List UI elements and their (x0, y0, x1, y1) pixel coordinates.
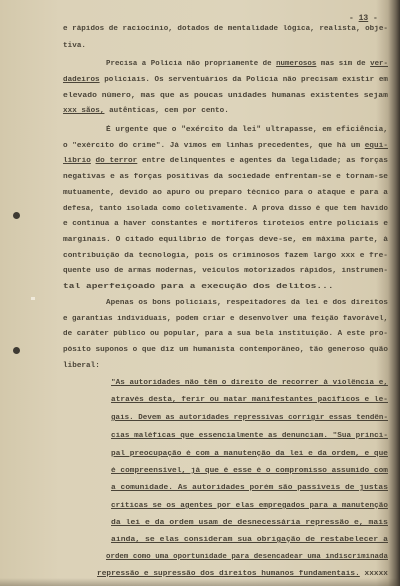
line-text: marginais. O citado equilíbrio de forças… (63, 236, 388, 244)
line-text: e garantias individuais, podem criar e d… (63, 315, 388, 323)
document-page: - 13 - e rápidos de raciocínio, dotados … (0, 0, 400, 586)
line-text: através desta, ferir ou matar manifestan… (111, 396, 388, 404)
text-line: Apenas os bons policiais, respeitadores … (106, 298, 388, 308)
text-line: defesa, tanto isolada como coletivamente… (63, 204, 388, 214)
text-line: críticas se os agentes por elas empregad… (111, 501, 388, 511)
text-line: e rápidos de raciocínio, dotados de ment… (63, 24, 388, 34)
page-number-value: 13 (359, 14, 369, 23)
line-text: "As autoridades não têm o direito de rec… (111, 379, 388, 387)
text-line: quente uso de armas modernas, veículos m… (63, 266, 388, 276)
line-text: contribuição da tecnologia, pois os crim… (63, 252, 388, 260)
text-line: da lei e da ordem usam de desnecessária … (111, 518, 388, 528)
text-line: negativas e as forças positivas da socie… (63, 172, 388, 182)
text-line: e garantias individuais, podem criar e d… (63, 314, 388, 324)
line-text: Apenas os bons policiais, respeitadores … (106, 299, 388, 307)
text-line: marginais. O citado equilíbrio de forças… (63, 235, 388, 245)
line-text: gais. Devem as autoridades repressivas c… (111, 414, 388, 422)
text-line: é compreensível, já que é esse é o compr… (111, 466, 388, 476)
line-text: É urgente que o "exército da lei" ultrap… (106, 126, 388, 134)
punch-hole-top (13, 212, 20, 219)
text-line: tiva. (63, 41, 86, 51)
line-text: ordem como uma oportunidade para desenca… (106, 553, 388, 561)
line-text: negativas e as forças positivas da socie… (63, 173, 388, 181)
text-line: de caráter público ou popular, para a su… (63, 329, 388, 339)
line-text: e rápidos de raciocínio, dotados de ment… (63, 25, 388, 33)
line-text: cias maléficas que essencialmente as den… (111, 432, 388, 440)
line-text: e continua a haver constantes e mortífer… (63, 220, 388, 228)
text-line: cias maléficas que essencialmente as den… (111, 431, 388, 441)
line-text: dadeiros policiais. Os serventuários da … (63, 76, 388, 84)
text-line: através desta, ferir ou matar manifestan… (111, 395, 388, 405)
line-text: liberal: (63, 362, 100, 370)
text-line: contribuição da tecnologia, pois os crim… (63, 251, 388, 261)
text-line: pósito suponos o que diz um humanista co… (63, 345, 388, 355)
text-line: líbrio do terror entre delinquentes e ag… (63, 156, 388, 166)
text-line: ainda, se elas consideram sua obrigação … (111, 535, 388, 545)
line-text: quente uso de armas modernas, veículos m… (63, 267, 388, 275)
text-line: liberal: (63, 361, 100, 371)
line-text: repressão e supressão dos direitos human… (97, 570, 360, 578)
line-text: pal preocupação é com a manutenção da le… (111, 450, 388, 458)
line-text: tiva. (63, 42, 86, 50)
text-line: ordem como uma oportunidade para desenca… (106, 552, 388, 562)
line-text: da lei e da ordem usam de desnecessária … (111, 519, 388, 527)
text-line: elevado número, mas que as poucas unidad… (63, 91, 388, 101)
text-line: Precisa a Polícia não propriamente de nu… (106, 59, 388, 69)
line-text: elevado número, mas que as poucas unidad… (63, 92, 388, 100)
page-number-suffix: - (368, 14, 378, 23)
line-text: pósito suponos o que diz um humanista co… (63, 346, 388, 354)
text-line: o "exército do crime". Já vimos em linha… (63, 141, 388, 151)
line-text: mutuamente, devido ao apuro ou preparo t… (63, 189, 388, 197)
line-text: líbrio do terror entre delinquentes e ag… (63, 157, 388, 165)
line-text: a comunidade. As autoridades porém são p… (111, 484, 388, 492)
line-text: defesa, tanto isolada como coletivamente… (63, 205, 388, 213)
text-line: "As autoridades não têm o direito de rec… (111, 378, 388, 388)
line-text: tal aperfeiçoado para a execução dos del… (63, 283, 334, 291)
line-text: Precisa a Polícia não propriamente de nu… (106, 60, 388, 68)
text-line: tal aperfeiçoado para a execução dos del… (63, 282, 334, 292)
text-line: a comunidade. As autoridades porém são p… (111, 483, 388, 493)
line-text: ainda, se elas consideram sua obrigação … (111, 536, 388, 544)
text-line: pal preocupação é com a manutenção da le… (111, 449, 388, 459)
margin-mark (31, 297, 35, 300)
text-line: dadeiros policiais. Os serventuários da … (63, 75, 388, 85)
text-line: xxx sãos, autênticas, cem por cento. (63, 106, 229, 116)
struck-text: xxxxx (360, 570, 388, 578)
text-line: repressão e supressão dos direitos human… (97, 569, 388, 579)
text-line: gais. Devem as autoridades repressivas c… (111, 413, 388, 423)
punch-hole-bottom (13, 347, 20, 354)
page-number: - 13 - (349, 14, 378, 23)
text-line: É urgente que o "exército da lei" ultrap… (106, 125, 388, 135)
line-text: o "exército do crime". Já vimos em linha… (63, 142, 388, 150)
line-text: de caráter público ou popular, para a su… (63, 330, 388, 338)
line-text: é compreensível, já que é esse é o compr… (111, 467, 388, 475)
line-text: críticas se os agentes por elas empregad… (111, 502, 388, 510)
page-number-prefix: - (349, 14, 359, 23)
text-line: e continua a haver constantes e mortífer… (63, 219, 388, 229)
text-line: mutuamente, devido ao apuro ou preparo t… (63, 188, 388, 198)
line-text: xxx sãos, autênticas, cem por cento. (63, 107, 229, 115)
